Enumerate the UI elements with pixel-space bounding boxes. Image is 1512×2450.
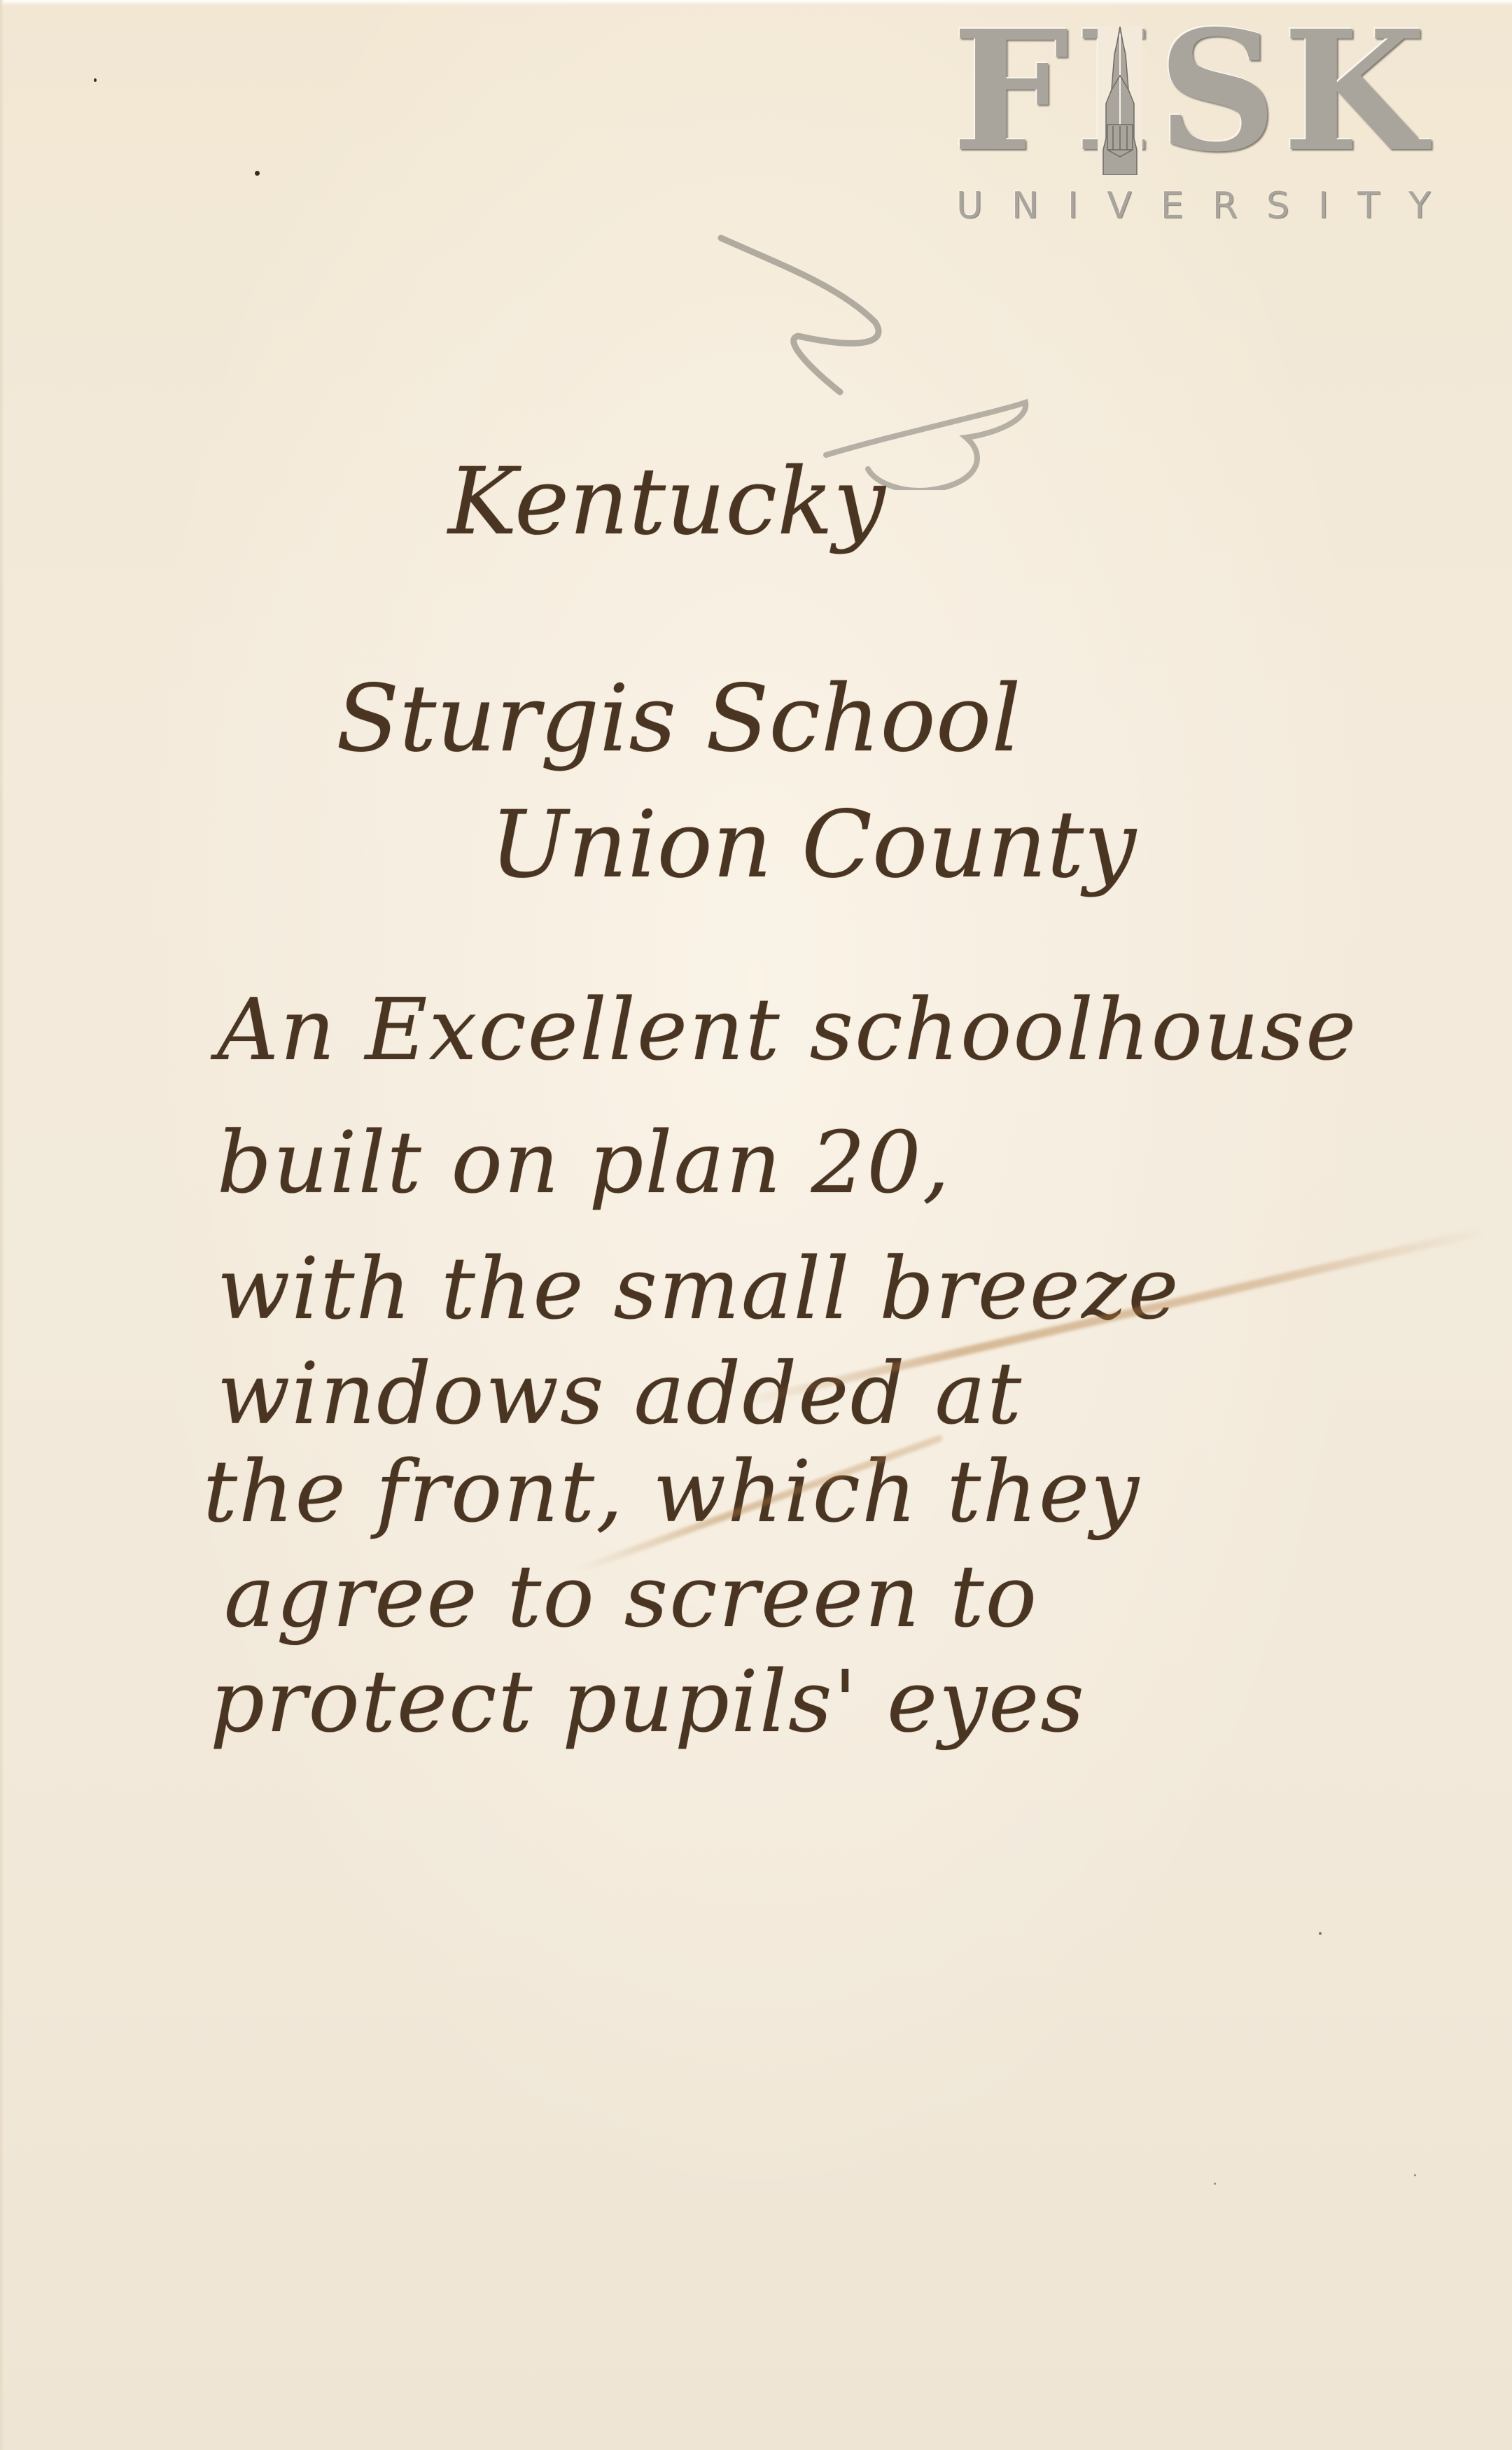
body-line: the front, which they (203, 1442, 1140, 1541)
body-line: An Excellent schoolhouse (217, 980, 1357, 1079)
heading-county: Union County (490, 791, 1136, 899)
ink-speck (1414, 2174, 1416, 2176)
body-line: protect pupils' eyes (210, 1652, 1086, 1751)
ink-speck (94, 78, 97, 82)
ink-speck (255, 171, 260, 176)
ink-speck (1214, 2183, 1216, 2185)
body-line: windows added at (217, 1344, 1023, 1443)
logo-subtitle: UNIVERSITY (956, 185, 1495, 227)
ink-speck (1319, 1932, 1322, 1935)
fisk-university-logo: FISK UNIVERSITY (952, 7, 1498, 231)
archival-card: FISK UNIVERSITY Kentucky Sturgis School … (0, 0, 1512, 2450)
body-line: built on plan 20, (217, 1113, 951, 1212)
heading-state: Kentucky (448, 448, 885, 556)
heading-school: Sturgis School (336, 665, 1021, 773)
body-line: agree to screen to (224, 1547, 1038, 1646)
chapel-spire-icon (1098, 27, 1142, 175)
logo-wordmark: FISK (952, 7, 1498, 175)
card-left-edge (0, 0, 4, 2450)
body-line: with the small breeze (217, 1239, 1180, 1338)
